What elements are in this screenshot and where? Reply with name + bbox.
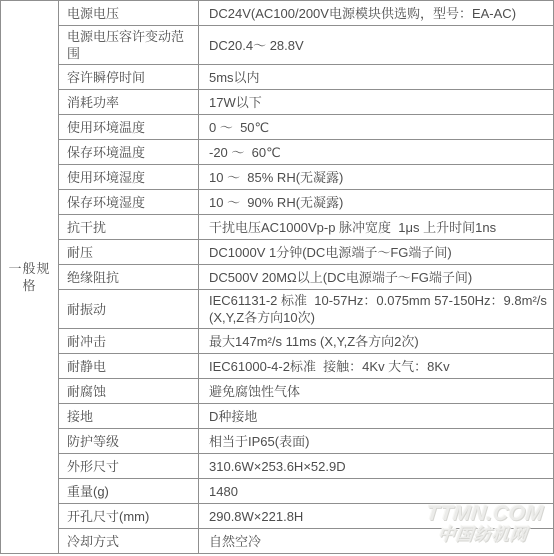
spec-name: 保存环境湿度 — [59, 190, 199, 215]
spec-value: 干扰电压AC1000Vp-p 脉冲宽度 1μs 上升时间1ns — [199, 215, 554, 240]
table-row: 接地 D种接地 — [1, 404, 554, 429]
spec-name: 耐冲击 — [59, 329, 199, 354]
spec-name: 耐静电 — [59, 354, 199, 379]
spec-page: 一般规格 电源电压 DC24V(AC100/200V电源模块供选购，型号：EA-… — [0, 0, 554, 556]
spec-value: 最大147m²/s 11ms (X,Y,Z各方向2次) — [199, 329, 554, 354]
spec-name: 开孔尺寸(mm) — [59, 504, 199, 529]
spec-name: 抗干扰 — [59, 215, 199, 240]
table-row: 消耗功率 17W以下 — [1, 90, 554, 115]
spec-value: 0 ～ 50℃ — [199, 115, 554, 140]
table-row: 外形尺寸 310.6W×253.6H×52.9D — [1, 454, 554, 479]
table-row: 开孔尺寸(mm) 290.8W×221.8H — [1, 504, 554, 529]
table-row: 耐压 DC1000V 1分钟(DC电源端子～FG端子间) — [1, 240, 554, 265]
table-row: 耐静电 IEC61000-4-2标准 接触：4Kv 大气：8Kv — [1, 354, 554, 379]
spec-value: DC500V 20MΩ以上(DC电源端子～FG端子间) — [199, 265, 554, 290]
spec-value: 自然空冷 — [199, 529, 554, 554]
spec-name: 防护等级 — [59, 429, 199, 454]
spec-value: 10 ～ 90% RH(无凝露) — [199, 190, 554, 215]
spec-value: IEC61000-4-2标准 接触：4Kv 大气：8Kv — [199, 354, 554, 379]
spec-name: 耐腐蚀 — [59, 379, 199, 404]
table-row: 耐振动 IEC61131-2 标准 10-57Hz：0.075mm 57-150… — [1, 290, 554, 329]
spec-name: 保存环境温度 — [59, 140, 199, 165]
spec-name: 耐振动 — [59, 290, 199, 329]
table-row: 耐冲击 最大147m²/s 11ms (X,Y,Z各方向2次) — [1, 329, 554, 354]
table-row: 保存环境湿度 10 ～ 90% RH(无凝露) — [1, 190, 554, 215]
spec-value: 避免腐蚀性气体 — [199, 379, 554, 404]
spec-name: 外形尺寸 — [59, 454, 199, 479]
spec-name: 电源电压 — [59, 1, 199, 26]
table-row: 保存环境温度 -20 ～ 60℃ — [1, 140, 554, 165]
spec-name: 使用环境温度 — [59, 115, 199, 140]
table-row: 使用环境湿度 10 ～ 85% RH(无凝露) — [1, 165, 554, 190]
spec-value: 相当于IP65(表面) — [199, 429, 554, 454]
spec-value: 310.6W×253.6H×52.9D — [199, 454, 554, 479]
spec-name: 重量(g) — [59, 479, 199, 504]
table-row: 一般规格 电源电压 DC24V(AC100/200V电源模块供选购，型号：EA-… — [1, 1, 554, 26]
table-row: 绝缘阻抗 DC500V 20MΩ以上(DC电源端子～FG端子间) — [1, 265, 554, 290]
spec-value: 1480 — [199, 479, 554, 504]
spec-name: 耐压 — [59, 240, 199, 265]
table-row: 重量(g) 1480 — [1, 479, 554, 504]
table-row: 冷却方式 自然空冷 — [1, 529, 554, 554]
spec-value: 290.8W×221.8H — [199, 504, 554, 529]
spec-value: IEC61131-2 标准 10-57Hz：0.075mm 57-150Hz：9… — [199, 290, 554, 329]
spec-name: 接地 — [59, 404, 199, 429]
table-row: 抗干扰 干扰电压AC1000Vp-p 脉冲宽度 1μs 上升时间1ns — [1, 215, 554, 240]
spec-value: -20 ～ 60℃ — [199, 140, 554, 165]
group-label: 一般规格 — [1, 1, 59, 554]
spec-value: 10 ～ 85% RH(无凝露) — [199, 165, 554, 190]
spec-name: 消耗功率 — [59, 90, 199, 115]
spec-value: DC20.4～ 28.8V — [199, 26, 554, 65]
table-row: 防护等级 相当于IP65(表面) — [1, 429, 554, 454]
spec-value: 5ms以内 — [199, 65, 554, 90]
table-row: 电源电压容许变动范围 DC20.4～ 28.8V — [1, 26, 554, 65]
table-row: 使用环境温度 0 ～ 50℃ — [1, 115, 554, 140]
spec-name: 冷却方式 — [59, 529, 199, 554]
spec-value: DC1000V 1分钟(DC电源端子～FG端子间) — [199, 240, 554, 265]
spec-value: D种接地 — [199, 404, 554, 429]
spec-name: 使用环境湿度 — [59, 165, 199, 190]
spec-value: DC24V(AC100/200V电源模块供选购，型号：EA-AC) — [199, 1, 554, 26]
table-row: 容许瞬停时间 5ms以内 — [1, 65, 554, 90]
spec-value: 17W以下 — [199, 90, 554, 115]
table-row: 耐腐蚀 避免腐蚀性气体 — [1, 379, 554, 404]
spec-name: 容许瞬停时间 — [59, 65, 199, 90]
spec-name: 绝缘阻抗 — [59, 265, 199, 290]
spec-table: 一般规格 电源电压 DC24V(AC100/200V电源模块供选购，型号：EA-… — [0, 0, 554, 554]
spec-name: 电源电压容许变动范围 — [59, 26, 199, 65]
